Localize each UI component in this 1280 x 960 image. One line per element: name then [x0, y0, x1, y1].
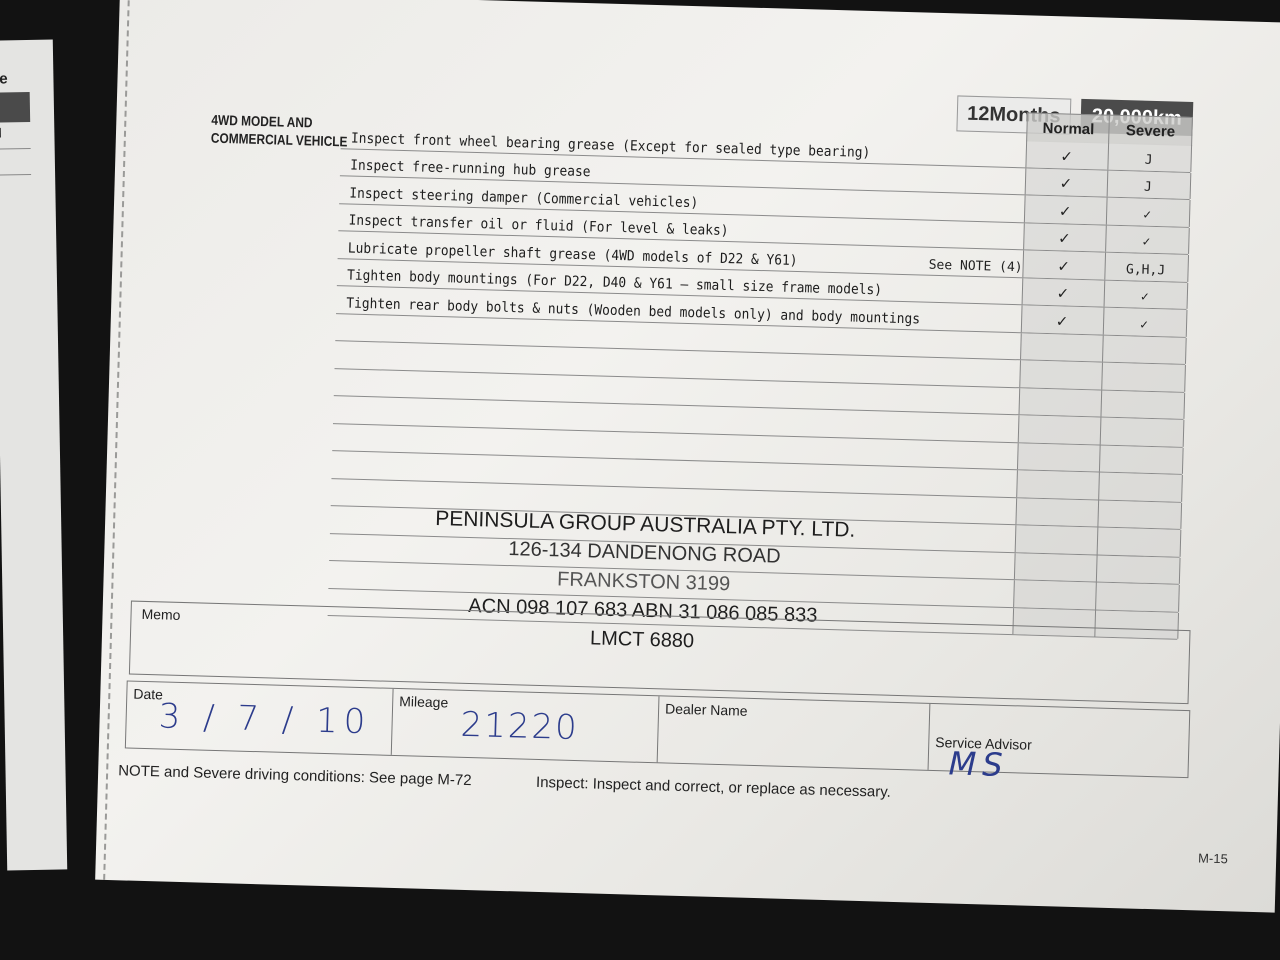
- memo-label: Memo: [141, 606, 180, 623]
- normal-cell-bg: [1014, 553, 1098, 582]
- normal-cell-bg: [1019, 360, 1103, 389]
- severe-cell-bg: [1099, 445, 1184, 474]
- column-header-severe: Severe: [1108, 115, 1193, 146]
- mileage-value: 21220: [460, 705, 579, 748]
- normal-cell-bg: [1013, 580, 1097, 609]
- previous-page-cell: ,I: [0, 124, 31, 150]
- severe-cell-bg: [1101, 363, 1186, 392]
- normal-cell-bg: [1018, 415, 1102, 444]
- footer-inspect-definition: Inspect: Inspect and correct, or replace…: [536, 774, 891, 801]
- normal-cell-bg: [1016, 470, 1100, 499]
- service-booklet-page: 12Months 20,000km 4WD MODEL AND COMMERCI…: [95, 0, 1280, 913]
- footer-note: NOTE and Severe driving conditions: See …: [118, 762, 472, 789]
- normal-check-icon: ✓: [1024, 201, 1106, 221]
- normal-cell-bg: [1015, 498, 1099, 527]
- severe-cell-bg: [1098, 473, 1183, 502]
- severe-value: ✓: [1104, 289, 1186, 306]
- normal-check-icon: ✓: [1021, 311, 1103, 331]
- section-label: 4WD MODEL AND COMMERCIAL VEHICLE: [211, 111, 349, 151]
- severe-value: ✓: [1103, 316, 1185, 333]
- severe-cell-bg: [1096, 555, 1181, 584]
- normal-check-icon: ✓: [1025, 173, 1107, 193]
- previous-page-header-fragment: re: [0, 70, 34, 88]
- previous-page-cell: I: [0, 150, 31, 176]
- normal-cell-bg: [1019, 388, 1103, 417]
- normal-cell-bg: [1020, 333, 1104, 362]
- severe-value: ✓: [1105, 234, 1187, 251]
- dealer-name-label: Dealer Name: [665, 701, 748, 719]
- severe-cell-bg: [1102, 335, 1187, 364]
- severe-value: J: [1107, 179, 1189, 196]
- dealer-name-field[interactable]: Dealer Name: [658, 696, 931, 770]
- previous-page-edge: re ,I I: [0, 40, 67, 871]
- severe-value: G,H,J: [1104, 261, 1186, 278]
- severe-value: J: [1107, 151, 1189, 168]
- severe-cell-bg: [1100, 390, 1185, 419]
- normal-check-icon: ✓: [1022, 256, 1104, 276]
- normal-check-icon: ✓: [1025, 146, 1107, 166]
- date-value: 3 / 7 / 10: [158, 696, 372, 742]
- normal-cell-bg: [1017, 443, 1101, 472]
- normal-cell-bg: [1015, 525, 1099, 554]
- severe-cell-bg: [1095, 582, 1180, 611]
- advisor-signature: MS: [948, 744, 1009, 784]
- column-header-normal: Normal: [1026, 112, 1110, 143]
- mileage-label: Mileage: [399, 693, 448, 710]
- service-advisor-field[interactable]: Service Advisor MS: [929, 704, 1190, 777]
- normal-check-icon: ✓: [1023, 228, 1105, 248]
- task-note: See NOTE (4): [929, 257, 1023, 275]
- section-label-line: COMMERCIAL VEHICLE: [211, 129, 348, 151]
- previous-page-dark-band: [0, 92, 30, 123]
- mileage-field[interactable]: Mileage 21220: [392, 689, 660, 762]
- normal-check-icon: ✓: [1022, 283, 1104, 303]
- page-number: M-15: [1198, 850, 1228, 866]
- severe-cell-bg: [1097, 500, 1182, 529]
- severe-cell-bg: [1100, 418, 1185, 447]
- date-field[interactable]: Date 3 / 7 / 10: [126, 681, 394, 754]
- severe-cell-bg: [1097, 527, 1182, 556]
- severe-value: ✓: [1106, 206, 1188, 223]
